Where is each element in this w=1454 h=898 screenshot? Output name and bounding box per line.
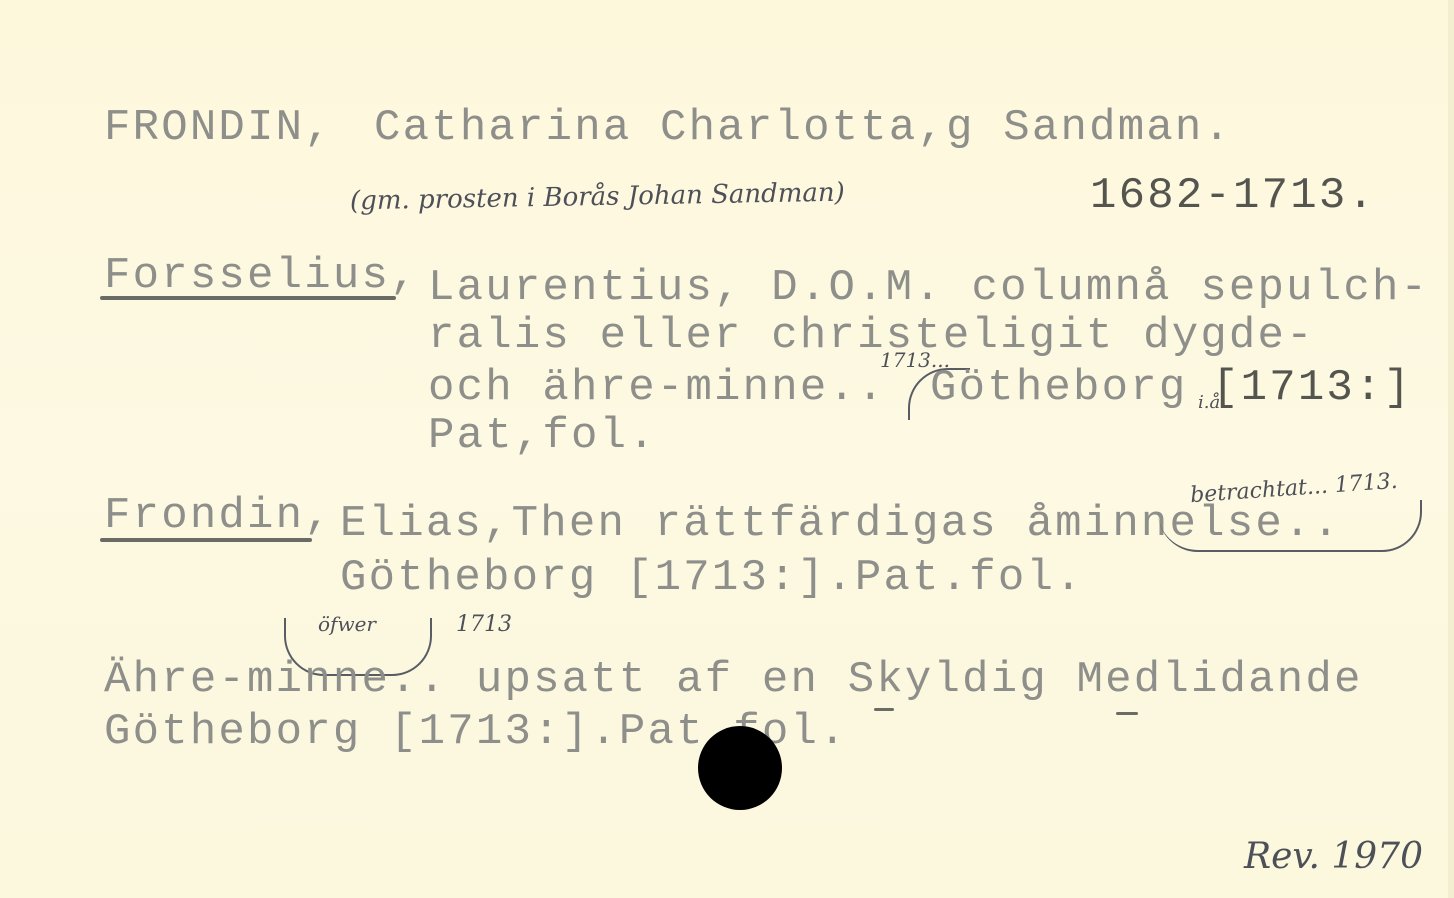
entry-2-line-3: och ähre-minne.. [428, 364, 886, 412]
entry-1-dates: 1682-1713. [1090, 172, 1376, 220]
entry-2-heading: Forsselius, [104, 252, 419, 300]
entry-2-line-4: Pat,fol. [428, 412, 657, 460]
entry-3-heading-underline [100, 538, 312, 542]
entry-3-bracket-mark [1158, 500, 1422, 552]
entry-3-heading: Frondin, [104, 492, 333, 540]
entry-2-year: [1713:] [1212, 364, 1412, 412]
entry-2-place: Götheborg [930, 364, 1187, 412]
catalog-card: FRONDIN, Catharina Charlotta,g Sandman. … [0, 0, 1454, 898]
entry-4-handwritten-note-2: 1713 [456, 612, 512, 637]
entry-2-heading-underline [100, 296, 396, 300]
entry-1-title: Catharina Charlotta,g Sandman. [374, 104, 1232, 152]
entry-4-line-1: Ähre-minne.. upsatt af en Skyldig Medlid… [104, 656, 1363, 704]
revision-note: Rev. 1970 [1244, 836, 1423, 877]
entry-2-line-1: Laurentius, D.O.M. columnå sepulch- [428, 264, 1429, 312]
entry-1-heading: FRONDIN, [104, 104, 333, 152]
entry-3-line-2: Götheborg [1713:].Pat.fol. [340, 554, 1084, 602]
entry-2-line-2: ralis eller christeligit dygde- [428, 312, 1315, 360]
underline-mark-m [1116, 712, 1138, 715]
punch-hole [698, 726, 782, 810]
entry-1-handwritten-note: (gm. prosten i Borås Johan Sandman) [350, 178, 845, 217]
underline-mark-s [874, 708, 894, 711]
